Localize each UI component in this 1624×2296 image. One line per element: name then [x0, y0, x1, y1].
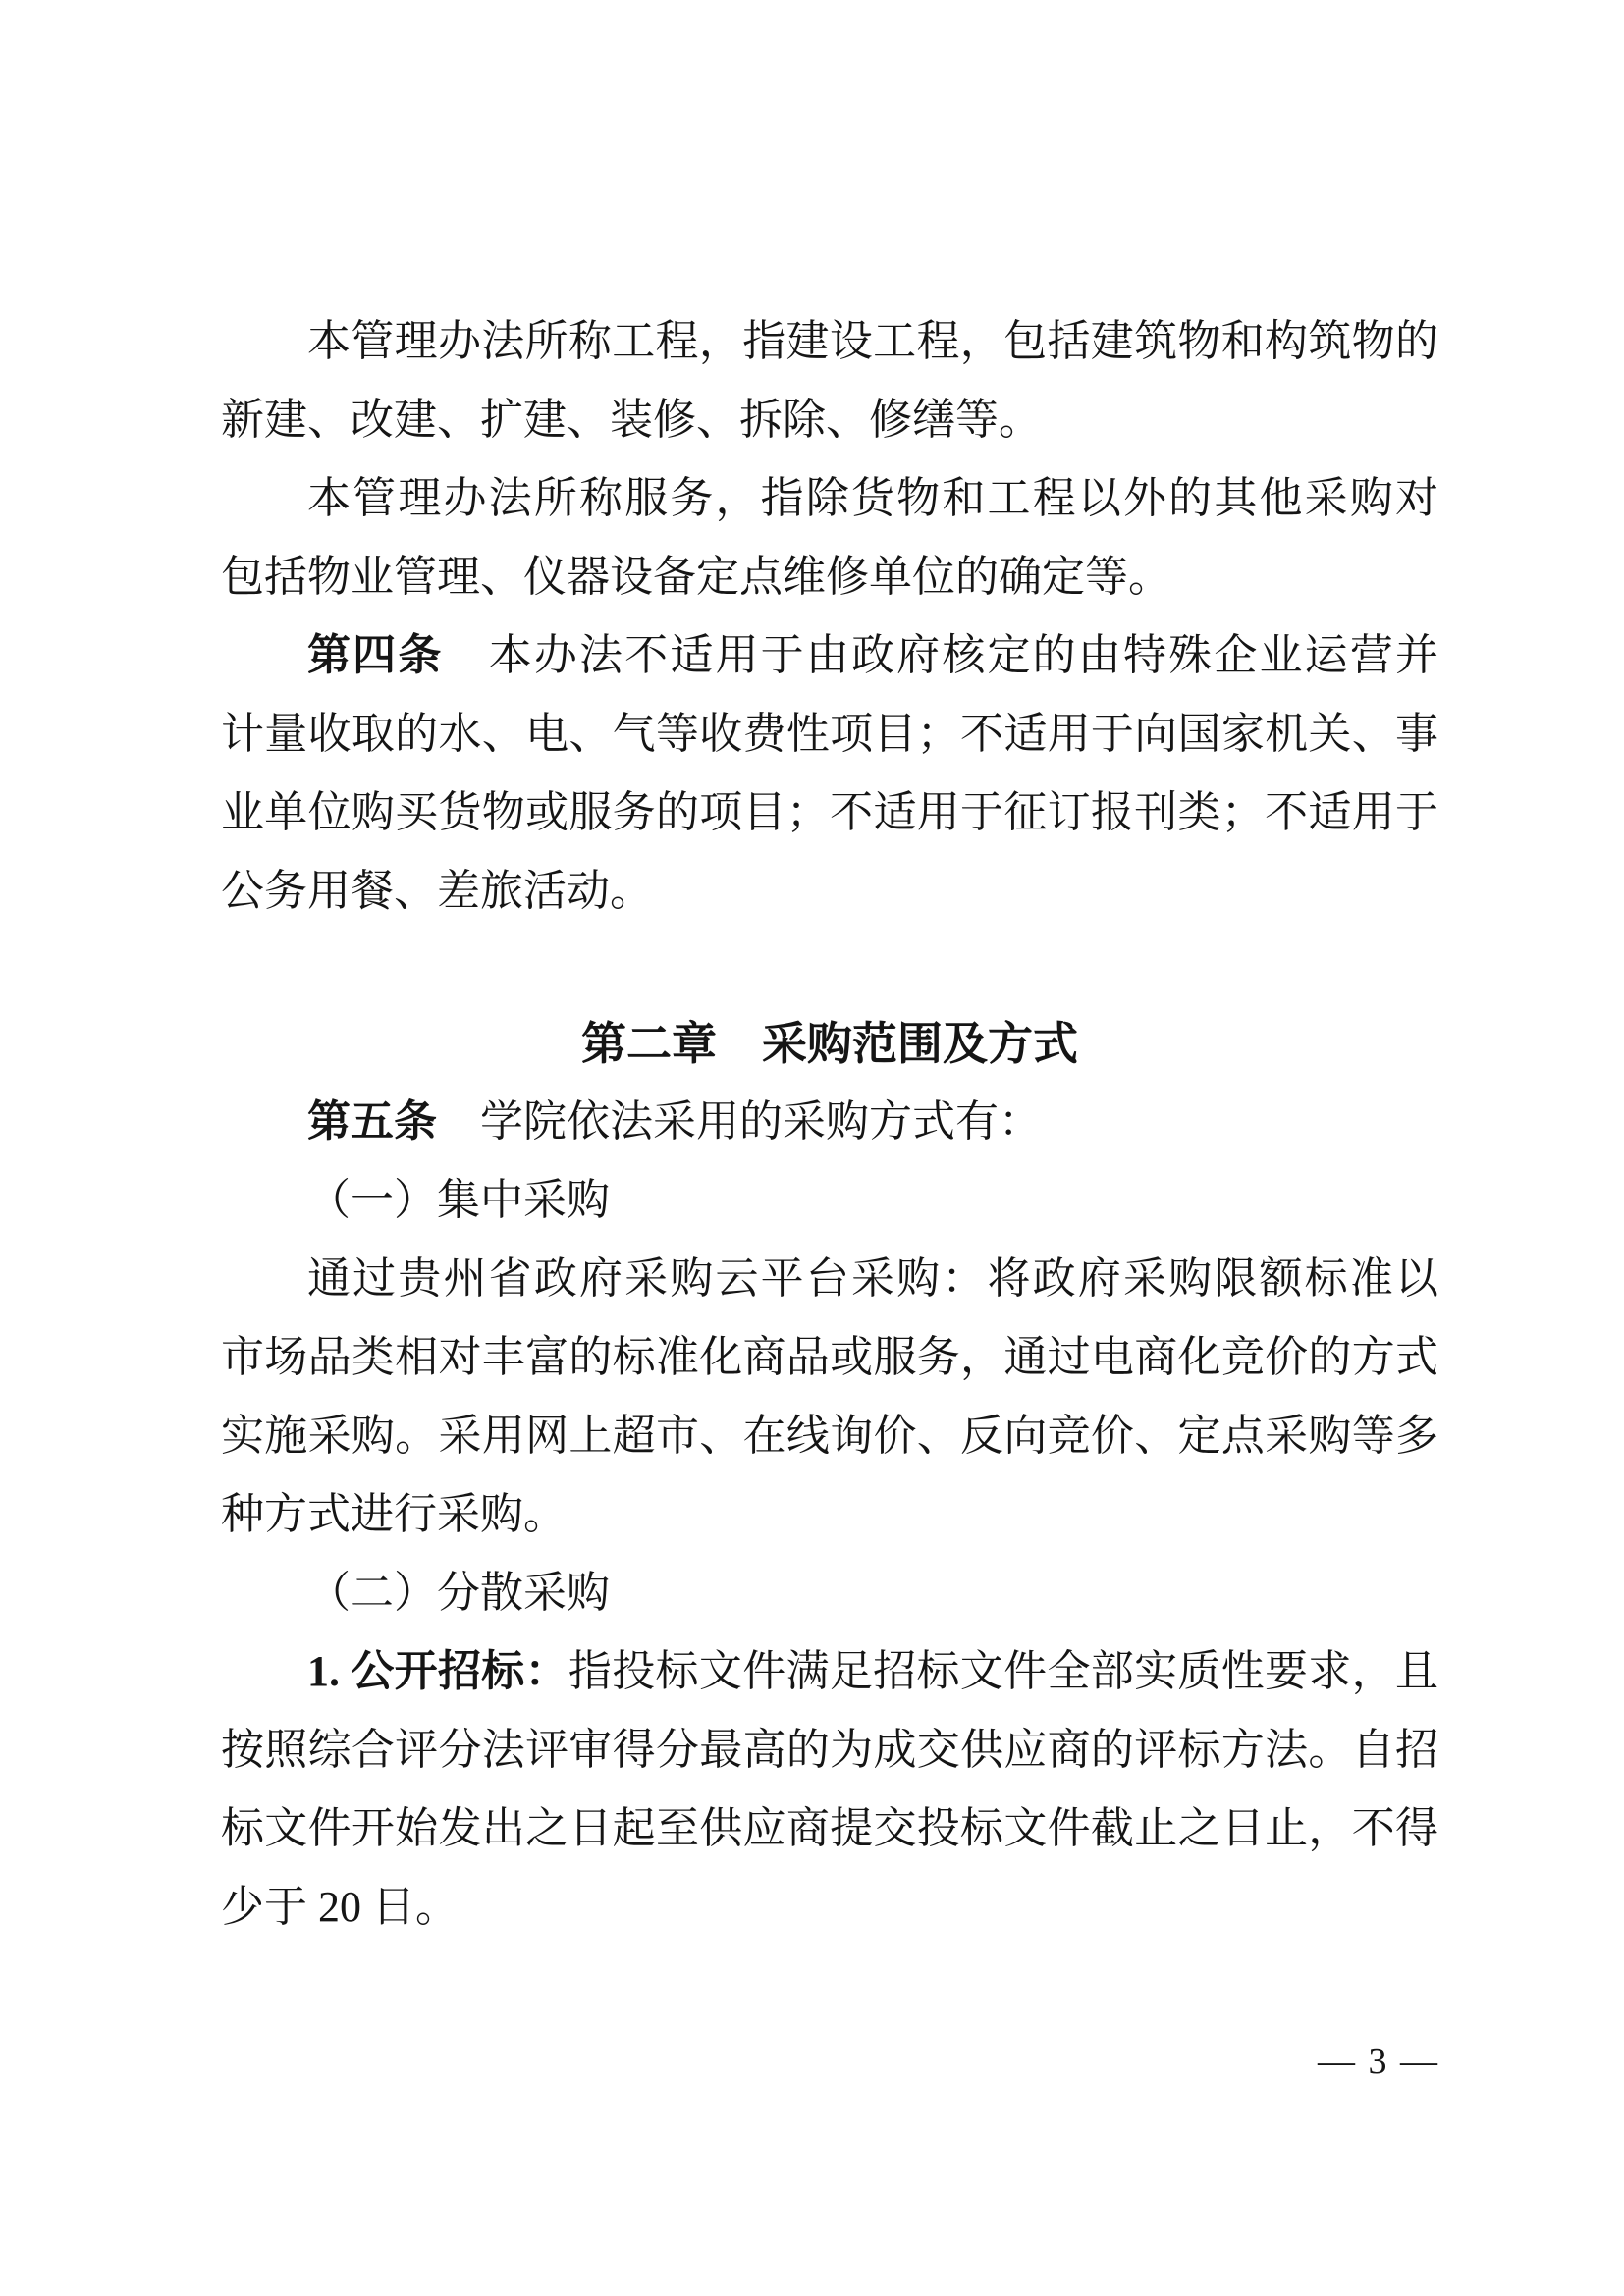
- text-line: 少于 20 日。: [221, 1868, 1438, 1947]
- text-line: 种方式进行采购。: [221, 1475, 1438, 1554]
- text-line: 通过贵州省政府采购云平台采购：将政府采购限额标准以下、: [221, 1240, 1438, 1318]
- text-run: 本办法不适用于由政府核定的由特殊企业运营并: [444, 631, 1439, 679]
- text-run: 实施采购。采用网上超市、在线询价、反向竞价、定点采购等多: [221, 1412, 1438, 1460]
- chapter-heading: 第二章 采购范围及方式: [221, 1004, 1438, 1083]
- text-run: 公务用餐、差旅活动。: [221, 867, 653, 915]
- text-run: 标文件开始发出之日起至供应商提交投标文件截止之日止，不得: [221, 1804, 1438, 1852]
- text-line: 业单位购买货物或服务的项目；不适用于征订报刊类；不适用于: [221, 774, 1438, 852]
- text-run: 业单位购买货物或服务的项目；不适用于征订报刊类；不适用于: [221, 788, 1438, 836]
- text-run: 种方式进行采购。: [221, 1490, 567, 1538]
- text-line: 公务用餐、差旅活动。: [221, 852, 1438, 931]
- text-run: 学院依法采用的采购方式有：: [437, 1097, 1042, 1146]
- text-run: （一）集中采购: [307, 1176, 610, 1224]
- text-line: 按照综合评分法评审得分最高的为成交供应商的评标方法。自招: [221, 1711, 1438, 1789]
- text-line: 第五条 学院依法采用的采购方式有：: [221, 1083, 1438, 1161]
- text-run: 本管理办法所称工程，指建设工程，包括建筑物和构筑物的: [307, 317, 1438, 365]
- text-run: 包括物业管理、仪器设备定点维修单位的确定等。: [221, 553, 1171, 601]
- text-line: 实施采购。采用网上超市、在线询价、反向竞价、定点采购等多: [221, 1397, 1438, 1475]
- text-line: 本管理办法所称工程，指建设工程，包括建筑物和构筑物的: [221, 302, 1438, 381]
- text-run: 本管理办法所称服务，指除货物和工程以外的其他采购对象，: [221, 474, 1438, 538]
- document-body: 本管理办法所称工程，指建设工程，包括建筑物和构筑物的新建、改建、扩建、装修、拆除…: [221, 302, 1438, 1947]
- text-run: 少于 20 日。: [221, 1883, 459, 1931]
- text-run: 计量收取的水、电、气等收费性项目；不适用于向国家机关、事: [221, 710, 1438, 758]
- text-line: 新建、改建、扩建、装修、拆除、修缮等。: [221, 381, 1438, 459]
- text-line: 计量收取的水、电、气等收费性项目；不适用于向国家机关、事: [221, 695, 1438, 774]
- text-line: 本管理办法所称服务，指除货物和工程以外的其他采购对象，: [221, 459, 1438, 538]
- text-line: 市场品类相对丰富的标准化商品或服务，通过电商化竞价的方式: [221, 1318, 1438, 1397]
- text-line: （一）集中采购: [221, 1161, 1438, 1240]
- document-page: 本管理办法所称工程，指建设工程，包括建筑物和构筑物的新建、改建、扩建、装修、拆除…: [0, 0, 1624, 2296]
- text-run: 按照综合评分法评审得分最高的为成交供应商的评标方法。自招: [221, 1726, 1438, 1774]
- text-run-bold: 第五条: [307, 1097, 437, 1146]
- text-run-bold: 第四条: [307, 631, 444, 679]
- text-run: 通过贵州省政府采购云平台采购：将政府采购限额标准以下、: [221, 1255, 1438, 1318]
- text-run-bold: 1. 公开招标：: [307, 1647, 568, 1695]
- text-line: （二）分散采购: [221, 1554, 1438, 1632]
- text-line: 1. 公开招标：指投标文件满足招标文件全部实质性要求，且: [221, 1632, 1438, 1711]
- text-line: 标文件开始发出之日起至供应商提交投标文件截止之日止，不得: [221, 1789, 1438, 1868]
- text-run: 新建、改建、扩建、装修、拆除、修缮等。: [221, 396, 1042, 444]
- text-line: 第四条 本办法不适用于由政府核定的由特殊企业运营并: [221, 616, 1438, 695]
- text-run: 指投标文件满足招标文件全部实质性要求，且: [568, 1647, 1438, 1695]
- text-line: 包括物业管理、仪器设备定点维修单位的确定等。: [221, 538, 1438, 616]
- text-run: 市场品类相对丰富的标准化商品或服务，通过电商化竞价的方式: [221, 1333, 1438, 1381]
- text-run: （二）分散采购: [307, 1569, 610, 1617]
- page-number: — 3 —: [1318, 2034, 1439, 2089]
